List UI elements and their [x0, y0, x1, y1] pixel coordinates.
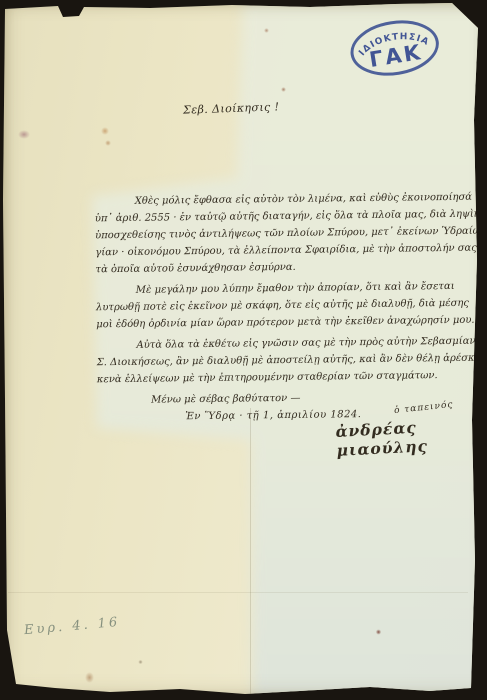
scanned-letter-page: ΙΔΙΟΚΤΗΣΙΑ ΓΑΚ Σεβ. Διοίκησις ! Χθὲς μόλ… — [0, 0, 487, 700]
foxing-spot — [105, 140, 111, 146]
foxing-spot — [281, 87, 286, 92]
foxing-spot — [138, 660, 143, 664]
foxing-spot — [18, 130, 30, 139]
vertical-fold-crease — [250, 408, 251, 694]
horizontal-fold-crease — [8, 592, 468, 593]
letter-body: Χθὲς μόλις ἔφθασα εἰς αὐτὸν τὸν λιμένα, … — [95, 189, 476, 427]
foxing-spot — [85, 672, 94, 683]
foxing-spot — [101, 127, 109, 135]
foxing-spot — [264, 28, 269, 33]
foxing-spot — [376, 629, 381, 635]
signature-name: ἀνδρέας μιαούλης — [335, 414, 487, 460]
paper-sheet: ΙΔΙΟΚΤΗΣΙΑ ΓΑΚ Σεβ. Διοίκησις ! Χθὲς μόλ… — [0, 0, 487, 700]
